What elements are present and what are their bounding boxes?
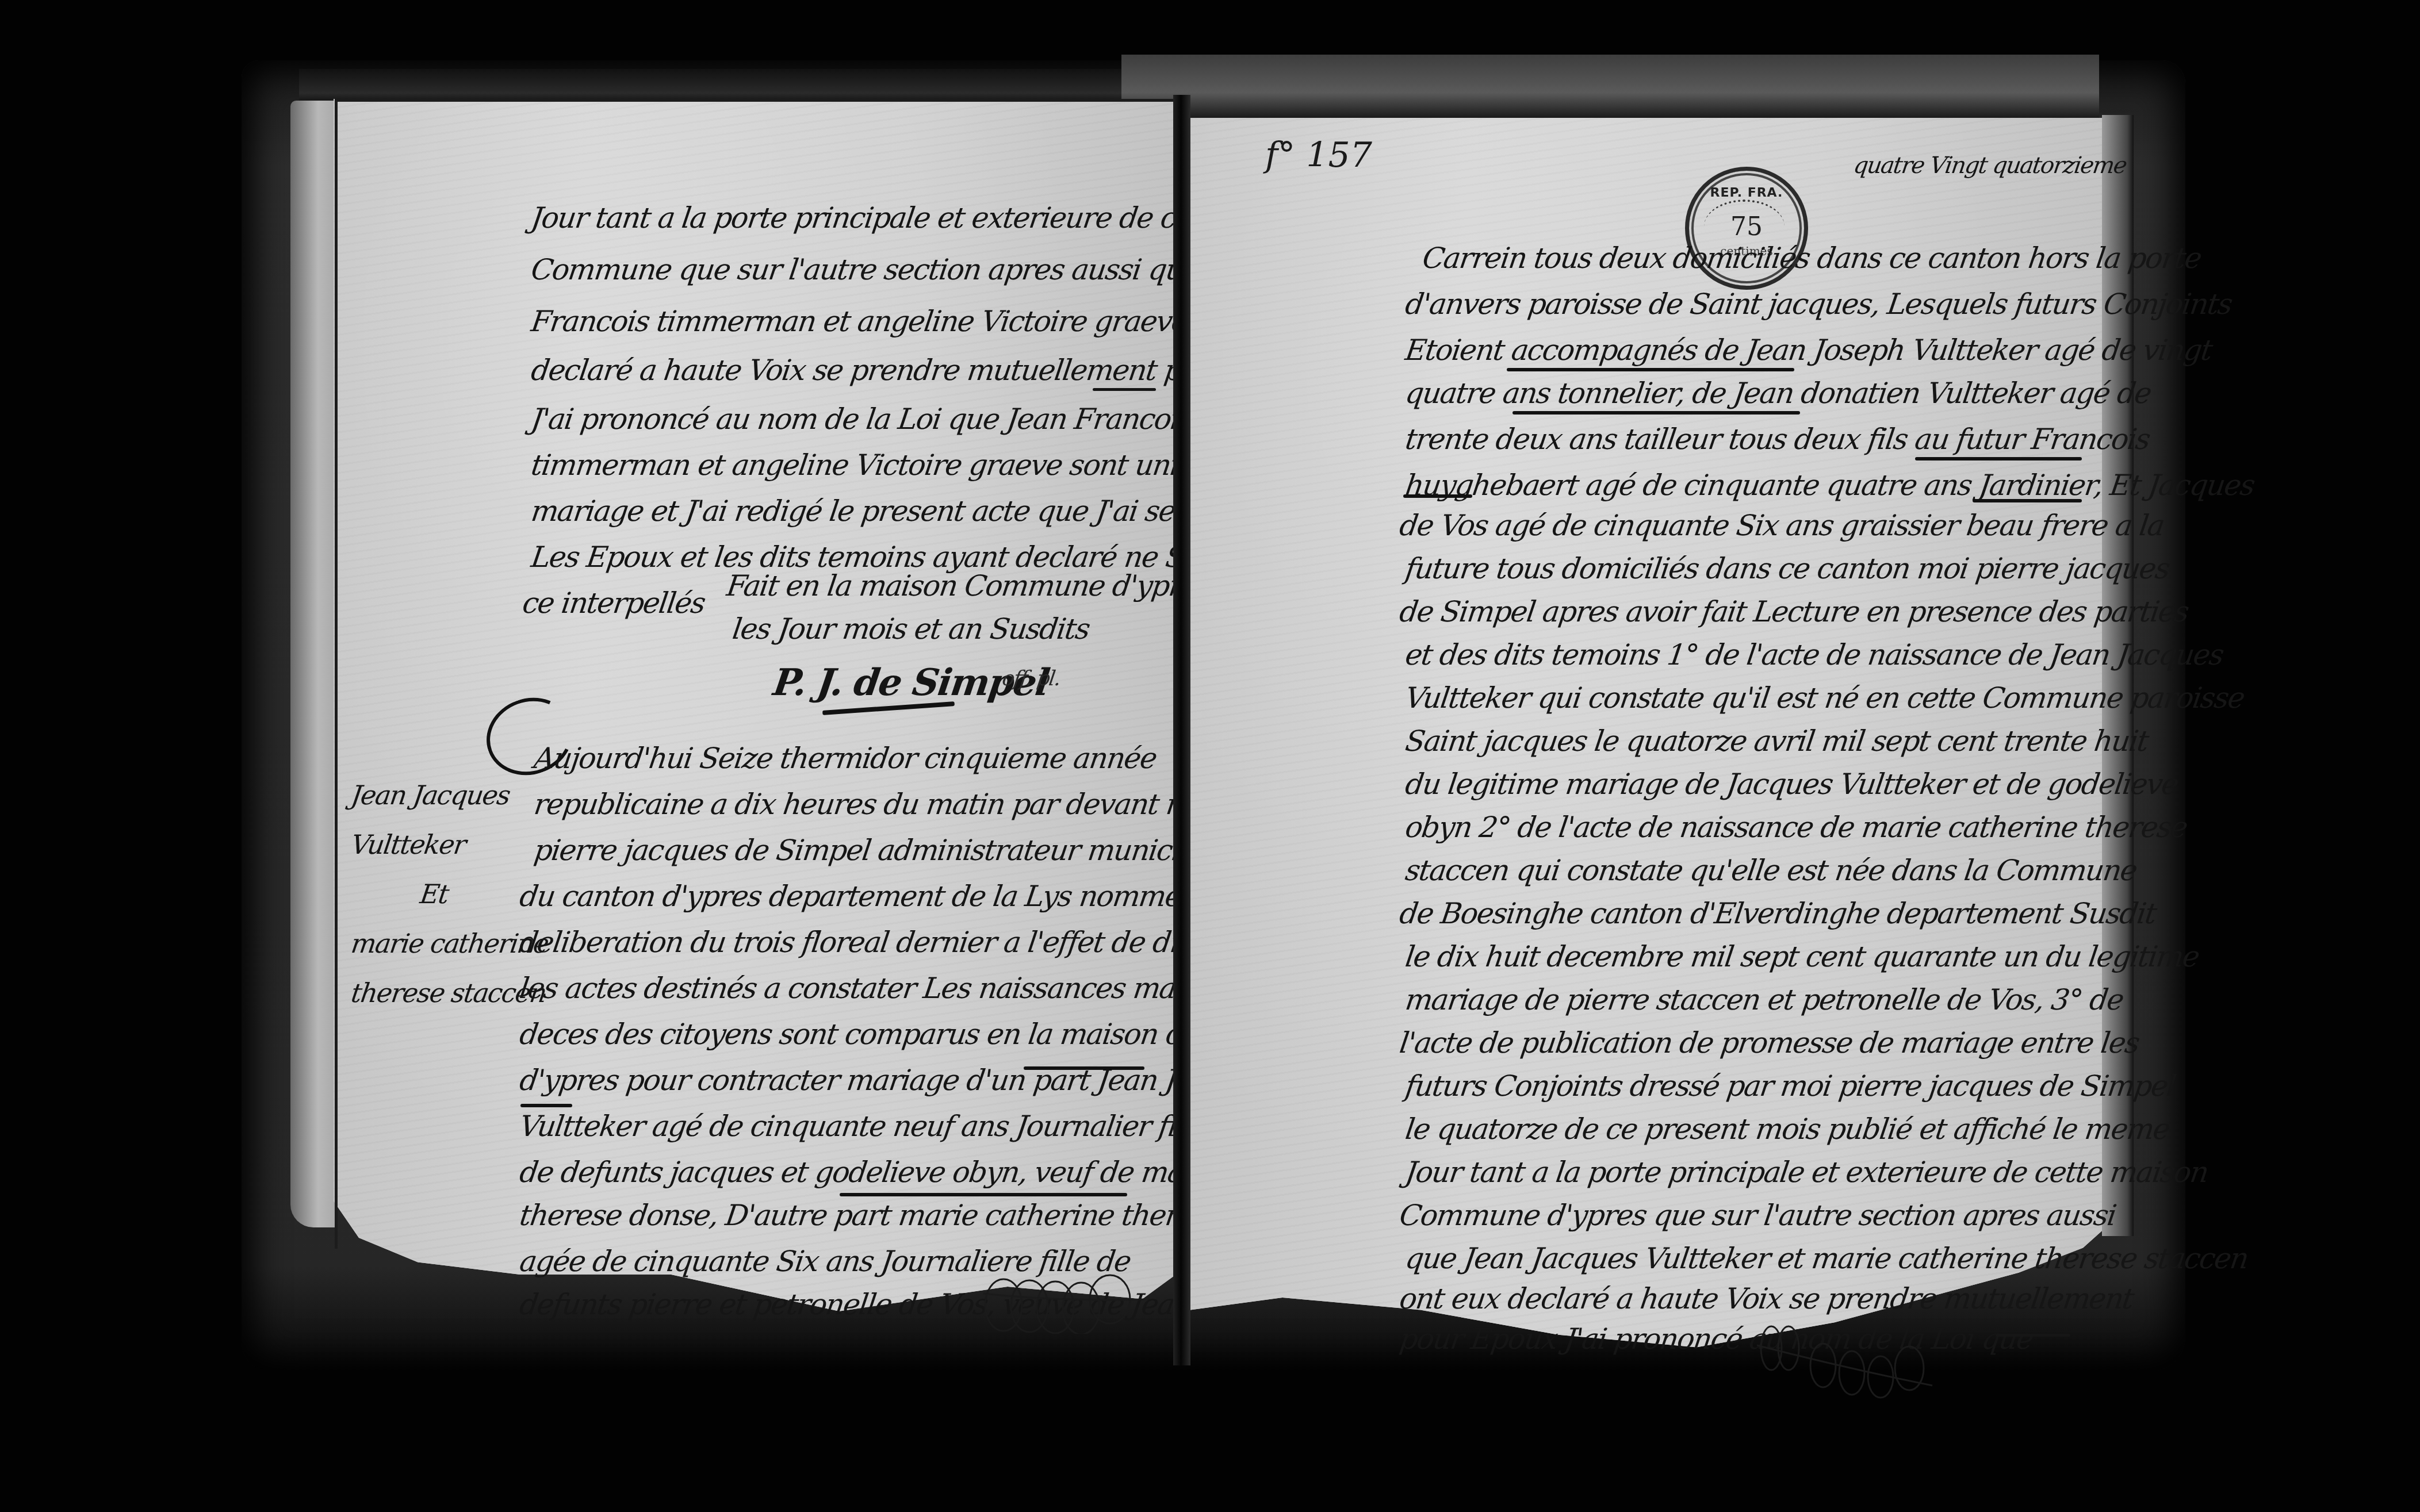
right-line-24: que Jean Jacques Vultteker et marie cath… <box>1403 1242 2250 1275</box>
left-page-top-rule <box>335 99 1174 102</box>
left-page-margin-rule <box>335 99 338 1249</box>
underline-witness-2 <box>1512 411 1800 415</box>
right-line-10: et des dits temoins 1° de l'acte de nais… <box>1403 638 2225 671</box>
margin-note: Jean Jacques Vultteker Et marie catherin… <box>348 770 538 1018</box>
right-line-12: Saint jacques le quatorze avril mil sept… <box>1403 724 2150 758</box>
paraph-flourish-right <box>1754 1322 1938 1403</box>
right-line-26: pour Epoux J'ai prononcé au nom de la Lo… <box>1397 1322 2035 1356</box>
paraph-flourish-left <box>978 1271 1150 1334</box>
right-line-16: de Boesinghe canton d'Elverdinghe depart… <box>1397 897 2158 930</box>
right-line-13: du legitime mariage de Jacques Vultteker… <box>1403 767 2180 801</box>
closing-line-2: les Jour mois et an Susdits <box>730 612 1092 646</box>
underline-bride-name <box>840 1193 1127 1196</box>
stamp-value: 75 <box>1689 212 1804 241</box>
act-line-8: d'ypres pour contracter mariage d'un par… <box>518 1064 1273 1097</box>
line-filler-dash <box>1093 388 1156 391</box>
margin-note-line-2: Vultteker <box>348 820 545 869</box>
margin-note-line-5: therese staccen <box>348 968 545 1018</box>
right-page-edge <box>2102 115 2134 1236</box>
left-line-6: timmerman et angeline Victoire graeve so… <box>529 448 1235 482</box>
right-line-21: le quatorze de ce present mois publié et… <box>1403 1112 2172 1146</box>
act-line-2: republicaine a dix heures du matin par d… <box>532 788 1219 821</box>
underline-witness-1 <box>1507 368 1794 371</box>
right-line-14: obyn 2° de l'acte de naissance de marie … <box>1403 811 2189 844</box>
underline-witness-3 <box>1915 457 2082 460</box>
right-line-2: d'anvers paroisse de Saint jacques, Lesq… <box>1403 287 2234 321</box>
right-line-3: Etoient accompagnés de Jean Joseph Vultt… <box>1403 333 2214 367</box>
left-page-edge <box>290 101 336 1227</box>
right-line-6: huyghebaert agé de cinquante quatre ans … <box>1403 469 2256 502</box>
folio-number: f° 157 <box>1265 135 1372 175</box>
right-line-20: futurs Conjoints dressé par moi pierre j… <box>1403 1069 2177 1103</box>
header-note: quatre Vingt quatorzieme <box>1852 152 2128 179</box>
act-line-9: Vultteker agé de cinquante neuf ans Jour… <box>518 1110 1200 1143</box>
act-line-1: Aujourd'hui Seize thermidor cinquieme an… <box>532 742 1158 775</box>
right-line-15: staccen qui constate qu'elle est née dan… <box>1403 854 2139 887</box>
right-line-4: quatre ans tonnelier, de Jean donatien V… <box>1403 377 2153 410</box>
act-line-10: de defunts jacques et godelieve obyn, ve… <box>518 1156 1273 1189</box>
left-line-9: ce interpellés <box>520 586 707 620</box>
book-gutter <box>1173 95 1190 1365</box>
underline-witness-3-surname <box>1403 494 1472 498</box>
act-line-4: du canton d'ypres departement de la Lys … <box>518 880 1237 913</box>
right-line-25: ont eux declaré a haute Voix se prendre … <box>1397 1282 2135 1315</box>
right-line-7: de Vos agé de cinquante Six ans graissie… <box>1397 509 2166 542</box>
right-line-1: Carrein tous deux domiciliés dans ce can… <box>1420 241 2203 275</box>
left-line-5: J'ai prononcé au nom de la Loi que Jean … <box>529 402 1194 436</box>
closing-line-1: Fait en la maison Commune d'ypres <box>725 569 1213 603</box>
right-line-5: trente deux ans tailleur tous deux fils … <box>1403 423 2151 456</box>
margin-note-line-4: marie catherine <box>348 919 545 968</box>
right-line-8: future tous domiciliés dans ce canton mo… <box>1403 552 2172 585</box>
right-line-11: Vultteker qui constate qu'il est né en c… <box>1403 681 2246 715</box>
right-line-18: mariage de pierre staccen et petronelle … <box>1403 983 2126 1016</box>
left-line-2: Commune que sur l'autre section apres au… <box>529 253 1269 286</box>
binding-top-right <box>1121 55 2099 118</box>
underline-witness-4 <box>1973 499 2082 502</box>
right-line-17: le dix huit decembre mil sept cent quara… <box>1403 940 2201 973</box>
right-line-23: Commune d'ypres que sur l'autre section … <box>1397 1199 2118 1232</box>
binding-top-left <box>299 69 1179 103</box>
act-line-5: deliberation du trois floreal dernier a … <box>518 926 1257 959</box>
underline-groom-name <box>1024 1066 1144 1070</box>
right-line-9: de Simpel apres avoir fait Lecture en pr… <box>1397 595 2191 628</box>
right-line-19: l'acte de publication de promesse de mar… <box>1397 1026 2141 1060</box>
line-filler-dash-right <box>1996 1334 2070 1337</box>
margin-note-line-1: Jean Jacques <box>348 770 545 820</box>
margin-note-line-3: Et <box>348 869 545 919</box>
stamp-republic-text: REP. FRA. <box>1689 186 1804 200</box>
signature-title: off. pl. <box>1001 667 1062 690</box>
underline-groom-surname <box>520 1104 572 1107</box>
act-line-3: pierre jacques de Simpel administrateur … <box>532 834 1223 867</box>
right-line-22: Jour tant a la porte principale et exter… <box>1403 1156 2210 1189</box>
